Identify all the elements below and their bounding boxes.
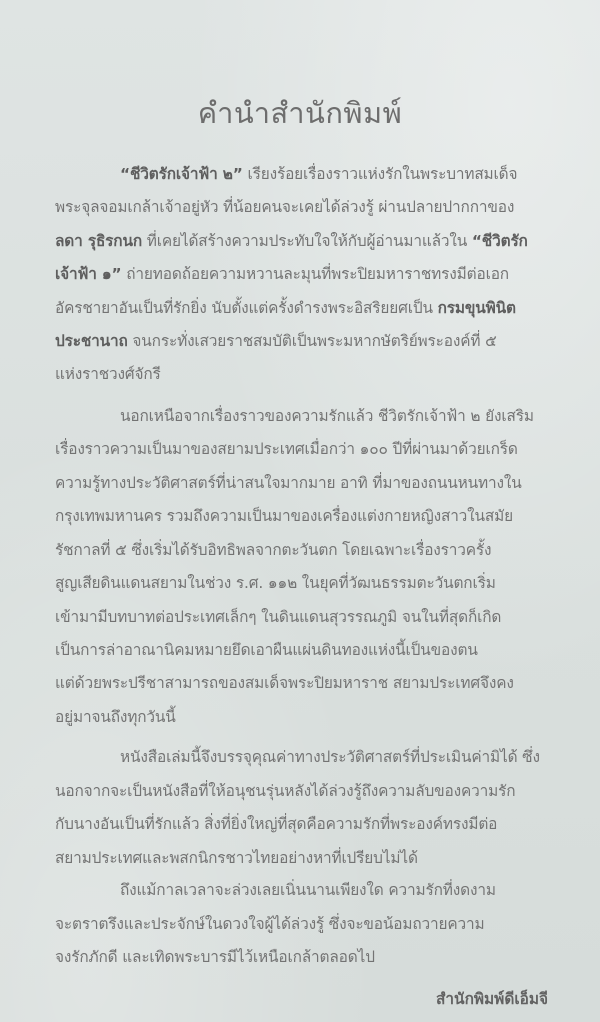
text-segment: ถึงแม้กาลเวลาจะล่วงเลยเนิ่นนานเพียงใด คว…: [120, 881, 496, 899]
text-segment: จนกระทั่งเสวยราชสมบัติเป็นพระมหากษัตริย์…: [128, 332, 497, 350]
paragraph-1-line-4: เจ้าฟ้า ๑” ถ่ายทอดถ้อยความหวานละมุนที่พร…: [55, 262, 560, 286]
paragraph-1-line-1: “ชีวิตรักเจ้าฟ้า ๒” เรียงร้อยเรื่องราวแห…: [120, 162, 560, 186]
text-segment: อยู่มาจนถึงทุกวันนี้: [55, 708, 176, 726]
paragraph-3-line-2: นอกจากจะเป็นหนังสือที่ให้อนุชนรุ่นหลังได…: [55, 779, 560, 803]
paragraph-2-line-4: กรุงเทพมหานคร รวมถึงความเป็นมาของเครื่อง…: [55, 504, 560, 528]
paragraph-2-line-6: สูญเสียดินแดนสยามในช่วง ร.ศ. ๑๑๒ ในยุคที…: [55, 571, 560, 595]
text-segment: ความรู้ทางประวัติศาสตร์ที่น่าสนใจมากมาย …: [55, 474, 522, 492]
paragraph-1-line-3: ลดา รุธิรกนก ที่เคยได้สร้างความประทับใจใ…: [55, 229, 560, 253]
book-page: คำนำสำนักพิมพ์ “ชีวิตรักเจ้าฟ้า ๒” เรียง…: [0, 0, 600, 1022]
paragraph-2-line-5: รัชกาลที่ ๕ ซึ่งเริ่มได้รับอิทธิพลจากตะว…: [55, 538, 560, 562]
text-segment: จงรักภักดี และเทิดพระบารมีไว้เหนือเกล้าต…: [55, 948, 375, 966]
text-segment: นอกจากจะเป็นหนังสือที่ให้อนุชนรุ่นหลังได…: [55, 782, 515, 800]
text-segment: ที่เคยได้สร้างความประทับใจให้กับผู้อ่านม…: [142, 232, 472, 250]
paragraph-2-line-8: เป็นการล่าอาณานิคมหมายยึดเอาผืนแผ่นดินทอ…: [55, 638, 560, 662]
text-segment: จะตราตรึงและประจักษ์ในดวงใจผู้ได้ล่วงรู้…: [55, 915, 485, 933]
paragraph-1-line-5: อัครชายาอันเป็นที่รักยิ่ง นับตั้งแต่ครั้…: [55, 296, 560, 320]
book-title-1-cont: เจ้าฟ้า ๑”: [55, 265, 122, 283]
royal-title: กรมขุนพินิต: [438, 299, 516, 317]
text-segment: เข้ามามีบทบาทต่อประเทศเล็กๆ ในดินแดนสุวร…: [55, 608, 501, 626]
author-name: ลดา รุธิรกนก: [55, 232, 142, 250]
text-segment: อัครชายาอันเป็นที่รักยิ่ง นับตั้งแต่ครั้…: [55, 299, 438, 317]
paragraph-3-line-4: สยามประเทศและพสกนิกรชาวไทยอย่างหาที่เปรี…: [55, 846, 560, 870]
paragraph-2-line-1: นอกเหนือจากเรื่องราวของความรักแล้ว ชีวิต…: [120, 404, 560, 428]
page-title: คำนำสำนักพิมพ์: [0, 90, 600, 136]
paragraph-2-line-2: เรื่องราวความเป็นมาของสยามประเทศเมื่อกว่…: [55, 437, 560, 461]
paragraph-1-line-7: แห่งราชวงศ์จักรี: [55, 362, 560, 386]
book-title-1: “ชีวิตรัก: [472, 232, 528, 250]
text-segment: สูญเสียดินแดนสยามในช่วง ร.ศ. ๑๑๒ ในยุคที…: [55, 574, 496, 592]
text-segment: รัชกาลที่ ๕ ซึ่งเริ่มได้รับอิทธิพลจากตะว…: [55, 541, 491, 559]
text-segment: แต่ด้วยพระปรีชาสามารถของสมเด็จพระปิยมหาร…: [55, 674, 514, 692]
paragraph-3-line-3: กับนางอันเป็นที่รักแล้ว สิ่งที่ยิ่งใหญ่ท…: [55, 812, 560, 836]
text-segment: เป็นการล่าอาณานิคมหมายยึดเอาผืนแผ่นดินทอ…: [55, 641, 478, 659]
paragraph-1-line-2: พระจุลจอมเกล้าเจ้าอยู่หัว ที่น้อยคนจะเคย…: [55, 195, 560, 219]
text-segment: แห่งราชวงศ์จักรี: [55, 365, 161, 383]
text-segment: หนังสือเล่มนี้จึงบรรจุคุณค่าทางประวัติศา…: [120, 748, 540, 766]
paragraph-2-line-9: แต่ด้วยพระปรีชาสามารถของสมเด็จพระปิยมหาร…: [55, 671, 560, 695]
paragraph-4-line-1: ถึงแม้กาลเวลาจะล่วงเลยเนิ่นนานเพียงใด คว…: [120, 878, 560, 902]
royal-title-cont: ประชานาถ: [55, 332, 128, 350]
paragraph-2-line-7: เข้ามามีบทบาทต่อประเทศเล็กๆ ในดินแดนสุวร…: [55, 605, 560, 629]
text-segment: พระจุลจอมเกล้าเจ้าอยู่หัว ที่น้อยคนจะเคย…: [55, 198, 514, 216]
book-title-2: “ชีวิตรักเจ้าฟ้า ๒”: [120, 165, 243, 183]
text-segment: สยามประเทศและพสกนิกรชาวไทยอย่างหาที่เปรี…: [55, 849, 418, 867]
text-segment: นอกเหนือจากเรื่องราวของความรักแล้ว ชีวิต…: [120, 407, 534, 425]
paragraph-4-line-2: จะตราตรึงและประจักษ์ในดวงใจผู้ได้ล่วงรู้…: [55, 912, 560, 936]
text-segment: กับนางอันเป็นที่รักแล้ว สิ่งที่ยิ่งใหญ่ท…: [55, 815, 497, 833]
paragraph-1-line-6: ประชานาถ จนกระทั่งเสวยราชสมบัติเป็นพระมห…: [55, 329, 560, 353]
paragraph-2-line-10: อยู่มาจนถึงทุกวันนี้: [55, 705, 560, 729]
publisher-signature: สำนักพิมพ์ดีเอ็มจี: [436, 986, 548, 1011]
text-segment: ถ่ายทอดถ้อยความหวานละมุนที่พระปิยมหาราชท…: [122, 265, 509, 283]
text-segment: เรียงร้อยเรื่องราวแห่งรักในพระบาทสมเด็จ: [243, 165, 518, 183]
paragraph-4-line-3: จงรักภักดี และเทิดพระบารมีไว้เหนือเกล้าต…: [55, 945, 560, 969]
paragraph-2-line-3: ความรู้ทางประวัติศาสตร์ที่น่าสนใจมากมาย …: [55, 471, 560, 495]
text-segment: กรุงเทพมหานคร รวมถึงความเป็นมาของเครื่อง…: [55, 507, 513, 525]
paragraph-3-line-1: หนังสือเล่มนี้จึงบรรจุคุณค่าทางประวัติศา…: [120, 745, 560, 769]
text-segment: เรื่องราวความเป็นมาของสยามประเทศเมื่อกว่…: [55, 440, 518, 458]
